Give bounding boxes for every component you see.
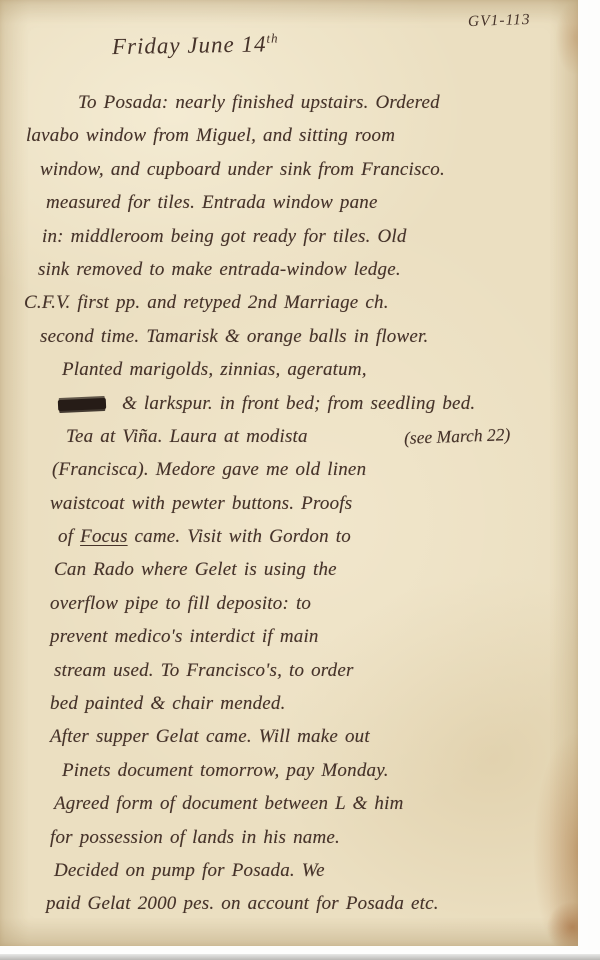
line-text: Planted marigolds, zinnias, ageratum, bbox=[62, 359, 367, 380]
manuscript-line: Can Rado where Gelet is using the bbox=[54, 553, 578, 586]
entry-date-heading: Friday June 14th bbox=[112, 31, 279, 61]
scan-edge-strip bbox=[0, 954, 600, 960]
line-text: of bbox=[58, 526, 80, 547]
line-text: came. Visit with Gordon to bbox=[128, 526, 351, 547]
line-text: Pinets document tomorrow, pay Monday. bbox=[62, 760, 389, 781]
entry-date-text: Friday June 14 bbox=[112, 31, 267, 59]
manuscript-line: Agreed form of document between L & him bbox=[54, 787, 578, 820]
archive-mark: GV1-113 bbox=[468, 11, 531, 31]
manuscript-page: GV1-113 Friday June 14th To Posada: near… bbox=[0, 0, 578, 946]
manuscript-line: paid Gelat 2000 pes. on account for Posa… bbox=[46, 887, 578, 920]
line-text: in: middleroom being got ready for tiles… bbox=[42, 226, 407, 247]
manuscript-line: Decided on pump for Posada. We bbox=[54, 854, 578, 887]
manuscript-line: of Focus came. Visit with Gordon to bbox=[58, 520, 578, 553]
line-text: C.F.V. first pp. and retyped 2nd Marriag… bbox=[24, 292, 389, 313]
manuscript-line: window, and cupboard under sink from Fra… bbox=[40, 153, 578, 186]
manuscript-line: C.F.V. first pp. and retyped 2nd Marriag… bbox=[24, 286, 578, 319]
manuscript-line: Planted marigolds, zinnias, ageratum, bbox=[62, 353, 578, 386]
line-text: second time. Tamarisk & orange balls in … bbox=[40, 326, 428, 347]
line-text: After supper Gelat came. Will make out bbox=[50, 726, 370, 747]
manuscript-line: in: middleroom being got ready for tiles… bbox=[42, 220, 578, 253]
manuscript-line: prevent medico's interdict if main bbox=[50, 620, 578, 653]
manuscript-line: stream used. To Francisco's, to order bbox=[54, 654, 578, 687]
line-text: waistcoat with pewter buttons. Proofs bbox=[50, 493, 352, 514]
line-text: for possession of lands in his name. bbox=[50, 827, 340, 848]
line-text: Tea at Viña. Laura at modista bbox=[66, 426, 308, 447]
line-text: lavabo window from Miguel, and sitting r… bbox=[26, 125, 395, 146]
line-text: To Posada: nearly finished upstairs. Ord… bbox=[78, 92, 440, 113]
redacted-word bbox=[58, 398, 106, 411]
line-text: window, and cupboard under sink from Fra… bbox=[40, 159, 445, 180]
line-text: Can Rado where Gelet is using the bbox=[54, 559, 337, 580]
line-text: measured for tiles. Entrada window pane bbox=[46, 192, 378, 213]
manuscript-line: (Francisca). Medore gave me old linen bbox=[52, 453, 578, 486]
line-text: Agreed form of document between L & him bbox=[54, 793, 404, 814]
line-text: overflow pipe to fill deposito: to bbox=[50, 593, 311, 614]
manuscript-line: for possession of lands in his name. bbox=[50, 821, 578, 854]
manuscript-line: measured for tiles. Entrada window pane bbox=[46, 186, 578, 219]
line-text: stream used. To Francisco's, to order bbox=[54, 660, 354, 681]
line-text: Decided on pump for Posada. We bbox=[54, 860, 325, 881]
interlinear-note: (see March 22) bbox=[404, 424, 511, 449]
manuscript-line: lavabo window from Miguel, and sitting r… bbox=[26, 119, 578, 152]
underlined-title-focus: Focus bbox=[80, 526, 127, 547]
manuscript-line: & larkspur. in front bed; from seedling … bbox=[58, 387, 578, 420]
manuscript-body: To Posada: nearly finished upstairs. Ord… bbox=[0, 86, 578, 921]
manuscript-line: To Posada: nearly finished upstairs. Ord… bbox=[78, 86, 578, 119]
manuscript-line: overflow pipe to fill deposito: to bbox=[50, 587, 578, 620]
line-text: (Francisca). Medore gave me old linen bbox=[52, 459, 366, 480]
manuscript-line: bed painted & chair mended. bbox=[50, 687, 578, 720]
manuscript-line: Pinets document tomorrow, pay Monday. bbox=[62, 754, 578, 787]
manuscript-line: sink removed to make entrada-window ledg… bbox=[38, 253, 578, 286]
line-text: prevent medico's interdict if main bbox=[50, 626, 319, 647]
manuscript-line: waistcoat with pewter buttons. Proofs bbox=[50, 487, 578, 520]
line-text: & larkspur. in front bed; from seedling … bbox=[122, 393, 475, 414]
entry-date-ordinal: th bbox=[266, 31, 278, 46]
line-text: paid Gelat 2000 pes. on account for Posa… bbox=[46, 893, 439, 914]
manuscript-line: second time. Tamarisk & orange balls in … bbox=[40, 320, 578, 353]
line-text: bed painted & chair mended. bbox=[50, 693, 286, 714]
line-text: sink removed to make entrada-window ledg… bbox=[38, 259, 401, 280]
manuscript-line: After supper Gelat came. Will make out bbox=[50, 720, 578, 753]
